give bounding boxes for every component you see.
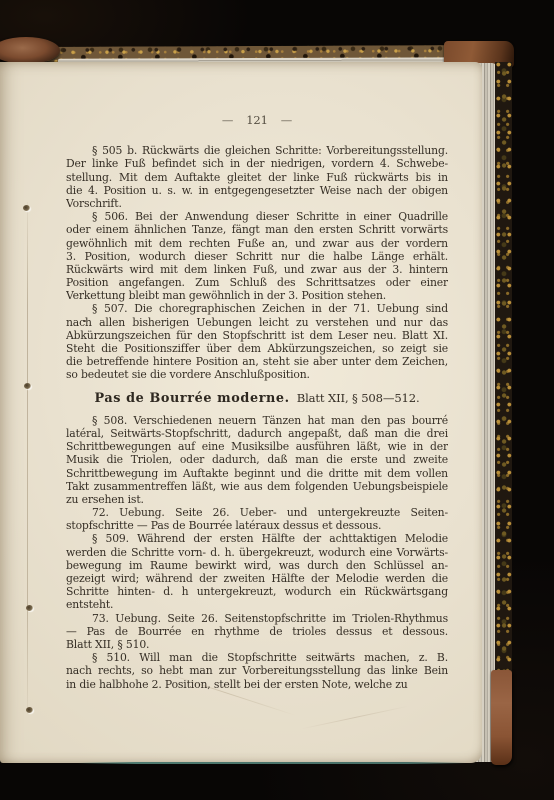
paper-crease [301, 706, 409, 730]
chapter-heading-title: Pas de Bourrée moderne. [94, 391, 289, 406]
text-line: Abkürzungszeichen für den Stopfschritt i… [66, 329, 448, 342]
text-line: § 507. Die choregraphischen Zeichen in d… [66, 302, 448, 315]
text-line: 3. Position, wodurch dieser Schritt nur … [66, 250, 448, 263]
text-line: werden die Schritte vorn- d. h. übergekr… [66, 546, 448, 559]
para-505b: § 505 b. Rückwärts die gleichen Schritte… [66, 144, 448, 210]
text-line: entsteht. [66, 598, 448, 611]
text-line: bewegung im Raume bewirkt wird, was durc… [66, 559, 448, 572]
para-506: § 506. Bei der Anwendung dieser Schritte… [66, 210, 448, 302]
text-line: Der linke Fuß befindet sich in der niedr… [66, 157, 448, 170]
text-line: gezeigt wird; während der zweiten Hälfte… [66, 572, 448, 585]
cover-leather-corner-bottom-right [491, 670, 512, 765]
chapter-heading: Pas de Bourrée moderne.Blatt XII, § 508—… [66, 392, 448, 405]
para-uebung-72: 72. Uebung. Seite 26. Ueber- und unterge… [66, 506, 448, 532]
cover-marbled-edge-right [495, 62, 512, 676]
text-line: stopfschritte — Pas de Bourrée latéraux … [66, 519, 448, 532]
text-line: § 508. Verschiedenen neuern Tänzen hat m… [66, 414, 448, 427]
text-line: Steht die Positionsziffer über dem Abkür… [66, 342, 448, 355]
photo-background: —121— § 505 b. Rückwärts die gleichen Sc… [0, 0, 554, 800]
stitch-hole [24, 383, 31, 389]
text-line: Schrittbewegungen auf eine Musiksilbe au… [66, 440, 448, 453]
binding-crease-line [27, 202, 28, 714]
text-line: latéral, Seitwärts-Stopfschritt, dadurch… [66, 427, 448, 440]
para-508: § 508. Verschiedenen neuern Tänzen hat m… [66, 414, 448, 506]
text-line: Blatt XII, § 510. [66, 638, 448, 651]
para-510: § 510. Will man die Stopfschritte seitwä… [66, 651, 448, 691]
text-line: nach allen bisherigen Uebungen leicht zu… [66, 316, 448, 329]
text-line: § 506. Bei der Anwendung dieser Schritte… [66, 210, 448, 223]
text-line: § 510. Will man die Stopfschritte seitwä… [66, 651, 448, 664]
page-text-block: —121— § 505 b. Rückwärts die gleichen Sc… [66, 114, 448, 691]
text-line: § 505 b. Rückwärts die gleichen Schritte… [66, 144, 448, 157]
chapter-heading-ref: Blatt XII, § 508—512. [297, 391, 420, 405]
text-line: die betreffende hintere Position an, ste… [66, 355, 448, 368]
text-line: Schritte hinten- d. h untergekreuzt, wod… [66, 585, 448, 598]
stitch-hole [26, 707, 33, 713]
stitch-hole [26, 605, 33, 611]
stitch-hole [23, 205, 30, 211]
text-line: die 4. Position u. s. w. in entgegengese… [66, 184, 448, 197]
text-line: Vorschrift. [66, 197, 448, 210]
text-line: Rückwärts wird mit dem linken Fuß, und z… [66, 263, 448, 276]
text-line: oder einem ähnlichen Tanze, fängt man de… [66, 223, 448, 236]
text-line: Schrittbewegung im Auftakte beginnt und … [66, 467, 448, 480]
text-line: Musik die Triolen, oder dadurch, daß man… [66, 453, 448, 466]
text-line: Takt zusammentreffen läßt, wie aus dem f… [66, 480, 448, 493]
text-line: zu ersehen ist. [66, 493, 448, 506]
page-number-dash-left: — [222, 113, 233, 127]
text-line: 72. Uebung. Seite 26. Ueber- und unterge… [66, 506, 448, 519]
page-number-line: —121— [66, 114, 448, 127]
text-line: in die halbhohe 2. Position, stellt bei … [66, 678, 448, 691]
book-page: —121— § 505 b. Rückwärts die gleichen Sc… [0, 62, 482, 763]
text-line: gewöhnlich mit dem rechten Fuße an, und … [66, 237, 448, 250]
text-line: stellung. Mit dem Auftakte gleitet der l… [66, 171, 448, 184]
section-before-heading: § 505 b. Rückwärts die gleichen Schritte… [66, 144, 448, 381]
para-uebung-73: 73. Uebung. Seite 26. Seitenstopfschritt… [66, 612, 448, 652]
text-line: Position angefangen. Zum Schluß des Schr… [66, 276, 448, 289]
text-line: nach rechts, so hebt man zur Vorbereitun… [66, 664, 448, 677]
text-line: so bedeutet sie die vordere Anschlußposi… [66, 368, 448, 381]
para-509: § 509. Während der ersten Hälfte der ach… [66, 532, 448, 611]
section-after-heading: § 508. Verschiedenen neuern Tänzen hat m… [66, 414, 448, 691]
text-line: — Pas de Bourrée en rhythme de trioles d… [66, 625, 448, 638]
text-line: Verkettung bleibt man gewöhnlich in der … [66, 289, 448, 302]
page-number-dash-right: — [281, 113, 292, 127]
para-507: § 507. Die choregraphischen Zeichen in d… [66, 302, 448, 381]
text-line: § 509. Während der ersten Hälfte der ach… [66, 532, 448, 545]
text-line: 73. Uebung. Seite 26. Seitenstopfschritt… [66, 612, 448, 625]
page-number: 121 [246, 113, 268, 127]
